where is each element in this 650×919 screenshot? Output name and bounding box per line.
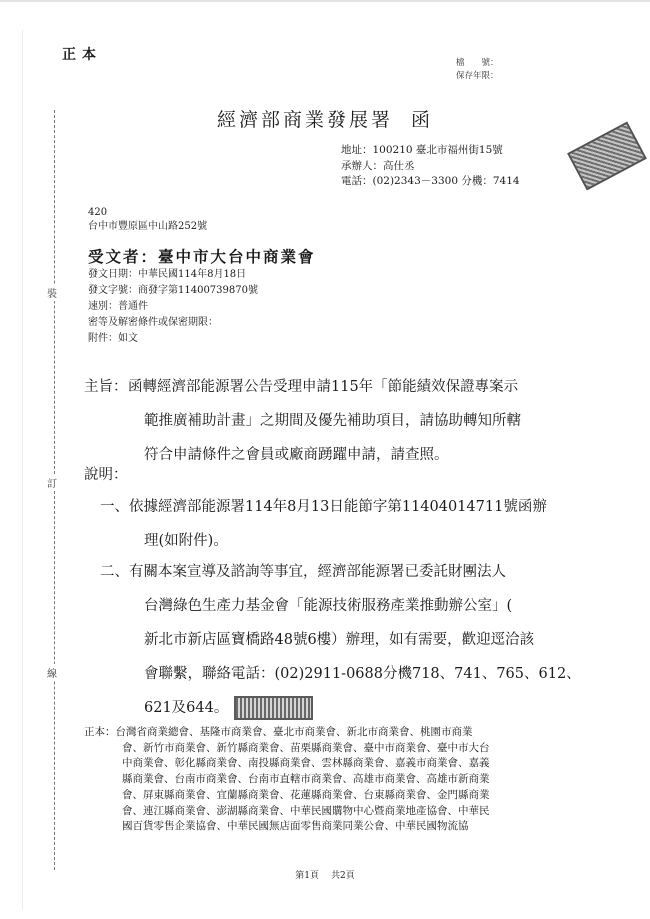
document-title: 經濟部商業發展署函 (0, 105, 650, 132)
postal-code: 420 (88, 206, 207, 220)
item-line: 621及644。 (144, 700, 228, 716)
copy-mark: 正本 (62, 44, 102, 64)
subject-line: 函轉經濟部能源署公告受理申請115年「節能績效保證專案示 (128, 379, 518, 395)
page-footer: 第1頁共2頁 (0, 868, 650, 881)
cc-line: 台灣省商業總會、基隆市商業會、臺北市商業會、新北市商業會、桃園市商業 (116, 726, 473, 738)
document-meta: 發文日期：中華民國114年8月18日 發文字號：商發字第11400739870號… (88, 267, 258, 347)
scan-edge-line (22, 30, 23, 910)
page-total: 共2頁 (331, 871, 355, 881)
cc-line: 會、連江縣商業會、澎湖縣商業會、中華民國購物中心暨商業地產協會、中華民 (84, 804, 490, 820)
item-line: 新北市新店區寶橋路48號6樓）辦理，如有需要，歡迎逕洽該 (100, 623, 581, 657)
sender-address: 地址：100210 臺北市福州街15號 (341, 143, 520, 159)
subject-section: 主旨：函轉經濟部能源署公告受理申請115年「節能績效保證專案示 範推廣補助計畫」… (84, 370, 521, 472)
explanation-label: 說明： (84, 463, 128, 484)
file-meta: 檔 號： 保存年限： (456, 57, 499, 83)
subject-line: 範推廣補助計畫」之期間及優先補助項目，請協助轉知所轄 (84, 404, 521, 438)
subject-label: 主旨： (84, 370, 128, 404)
subject-line: 符合申請條件之會員或廠商踴躍申請，請查照。 (84, 438, 521, 472)
cc-line: 中商業會、彰化縣商業會、南投縣商業會、雲林縣商業會、嘉義市商業會、嘉義 (84, 756, 490, 772)
agency-name: 經濟部商業發展署 (217, 109, 393, 131)
sender-handler: 承辦人：高仕丞 (341, 159, 520, 175)
file-number-label: 檔 號： (456, 57, 499, 70)
explanation-item-2: 二、有關本案宣導及諮詢等事宜，經濟部能源署已委託財團法人 台灣綠色生產力基金會「… (100, 555, 581, 725)
item-line: 會聯繫，聯絡電話：(02)2911-0688分機718、741、765、612、 (100, 657, 581, 691)
explanation-item-1: 一、依據經濟部能源署114年8月13日能節字第11404014711號函辦 理(… (100, 490, 547, 558)
item-line: 二、有關本案宣導及諮詢等事宜，經濟部能源署已委託財團法人 (100, 555, 581, 589)
cc-line: 國百貨零售企業協會、中華民國無店面零售商業同業公會、中華民國物流協 (84, 819, 490, 835)
page-top-border (0, 0, 650, 2)
sender-contact: 地址：100210 臺北市福州街15號 承辦人：高仕丞 電話：(02)2343－… (341, 143, 520, 190)
classification: 密等及解密條件或保密期限： (88, 315, 258, 331)
retention-label: 保存年限： (456, 70, 499, 83)
carbon-copy-section: 正本：台灣省商業總會、基隆市商業會、臺北市商業會、新北市商業會、桃園市商業 會、… (84, 725, 490, 835)
binding-mark-xian: 線 (47, 664, 57, 681)
page-number: 第1頁 (295, 871, 319, 881)
priority: 速別：普通件 (88, 299, 258, 315)
attachments: 附件：如文 (88, 331, 258, 347)
item-line: 台灣綠色生產力基金會「能源技術服務產業推動辦公室」( (100, 589, 581, 623)
street-address: 台中市豐原區中山路252號 (88, 220, 207, 234)
sender-phone: 電話：(02)2343－3300 分機：7414 (341, 174, 520, 190)
issue-date: 發文日期：中華民國114年8月18日 (88, 267, 258, 283)
recipient: 受文者：臺中市大台中商業會 (88, 245, 316, 267)
cc-line: 縣商業會、台南市商業會、台南市直轄市商業會、高雄市商業會、高雄市新商業 (84, 772, 490, 788)
doc-number: 發文字號：商發字第11400739870號 (88, 283, 258, 299)
binding-mark-ding: 訂 (47, 474, 57, 491)
recipient-address: 420 台中市豐原區中山路252號 (88, 206, 207, 234)
item-line: 一、依據經濟部能源署114年8月13日能節字第11404014711號函辦 (100, 490, 547, 524)
doc-type: 函 (411, 109, 433, 131)
cc-label: 正本： (84, 726, 116, 738)
cc-line: 會、新竹市商業會、新竹縣商業會、苗栗縣商業會、臺中市商業會、臺中市大台 (84, 741, 490, 757)
binding-mark-zhuang: 裝 (47, 284, 57, 301)
seal-stamp-icon (234, 696, 313, 720)
cc-line: 會、屏東縣商業會、宜蘭縣商業會、花蓮縣商業會、台東縣商業會、金門縣商業 (84, 788, 490, 804)
item-line: 理(如附件)。 (100, 524, 547, 558)
